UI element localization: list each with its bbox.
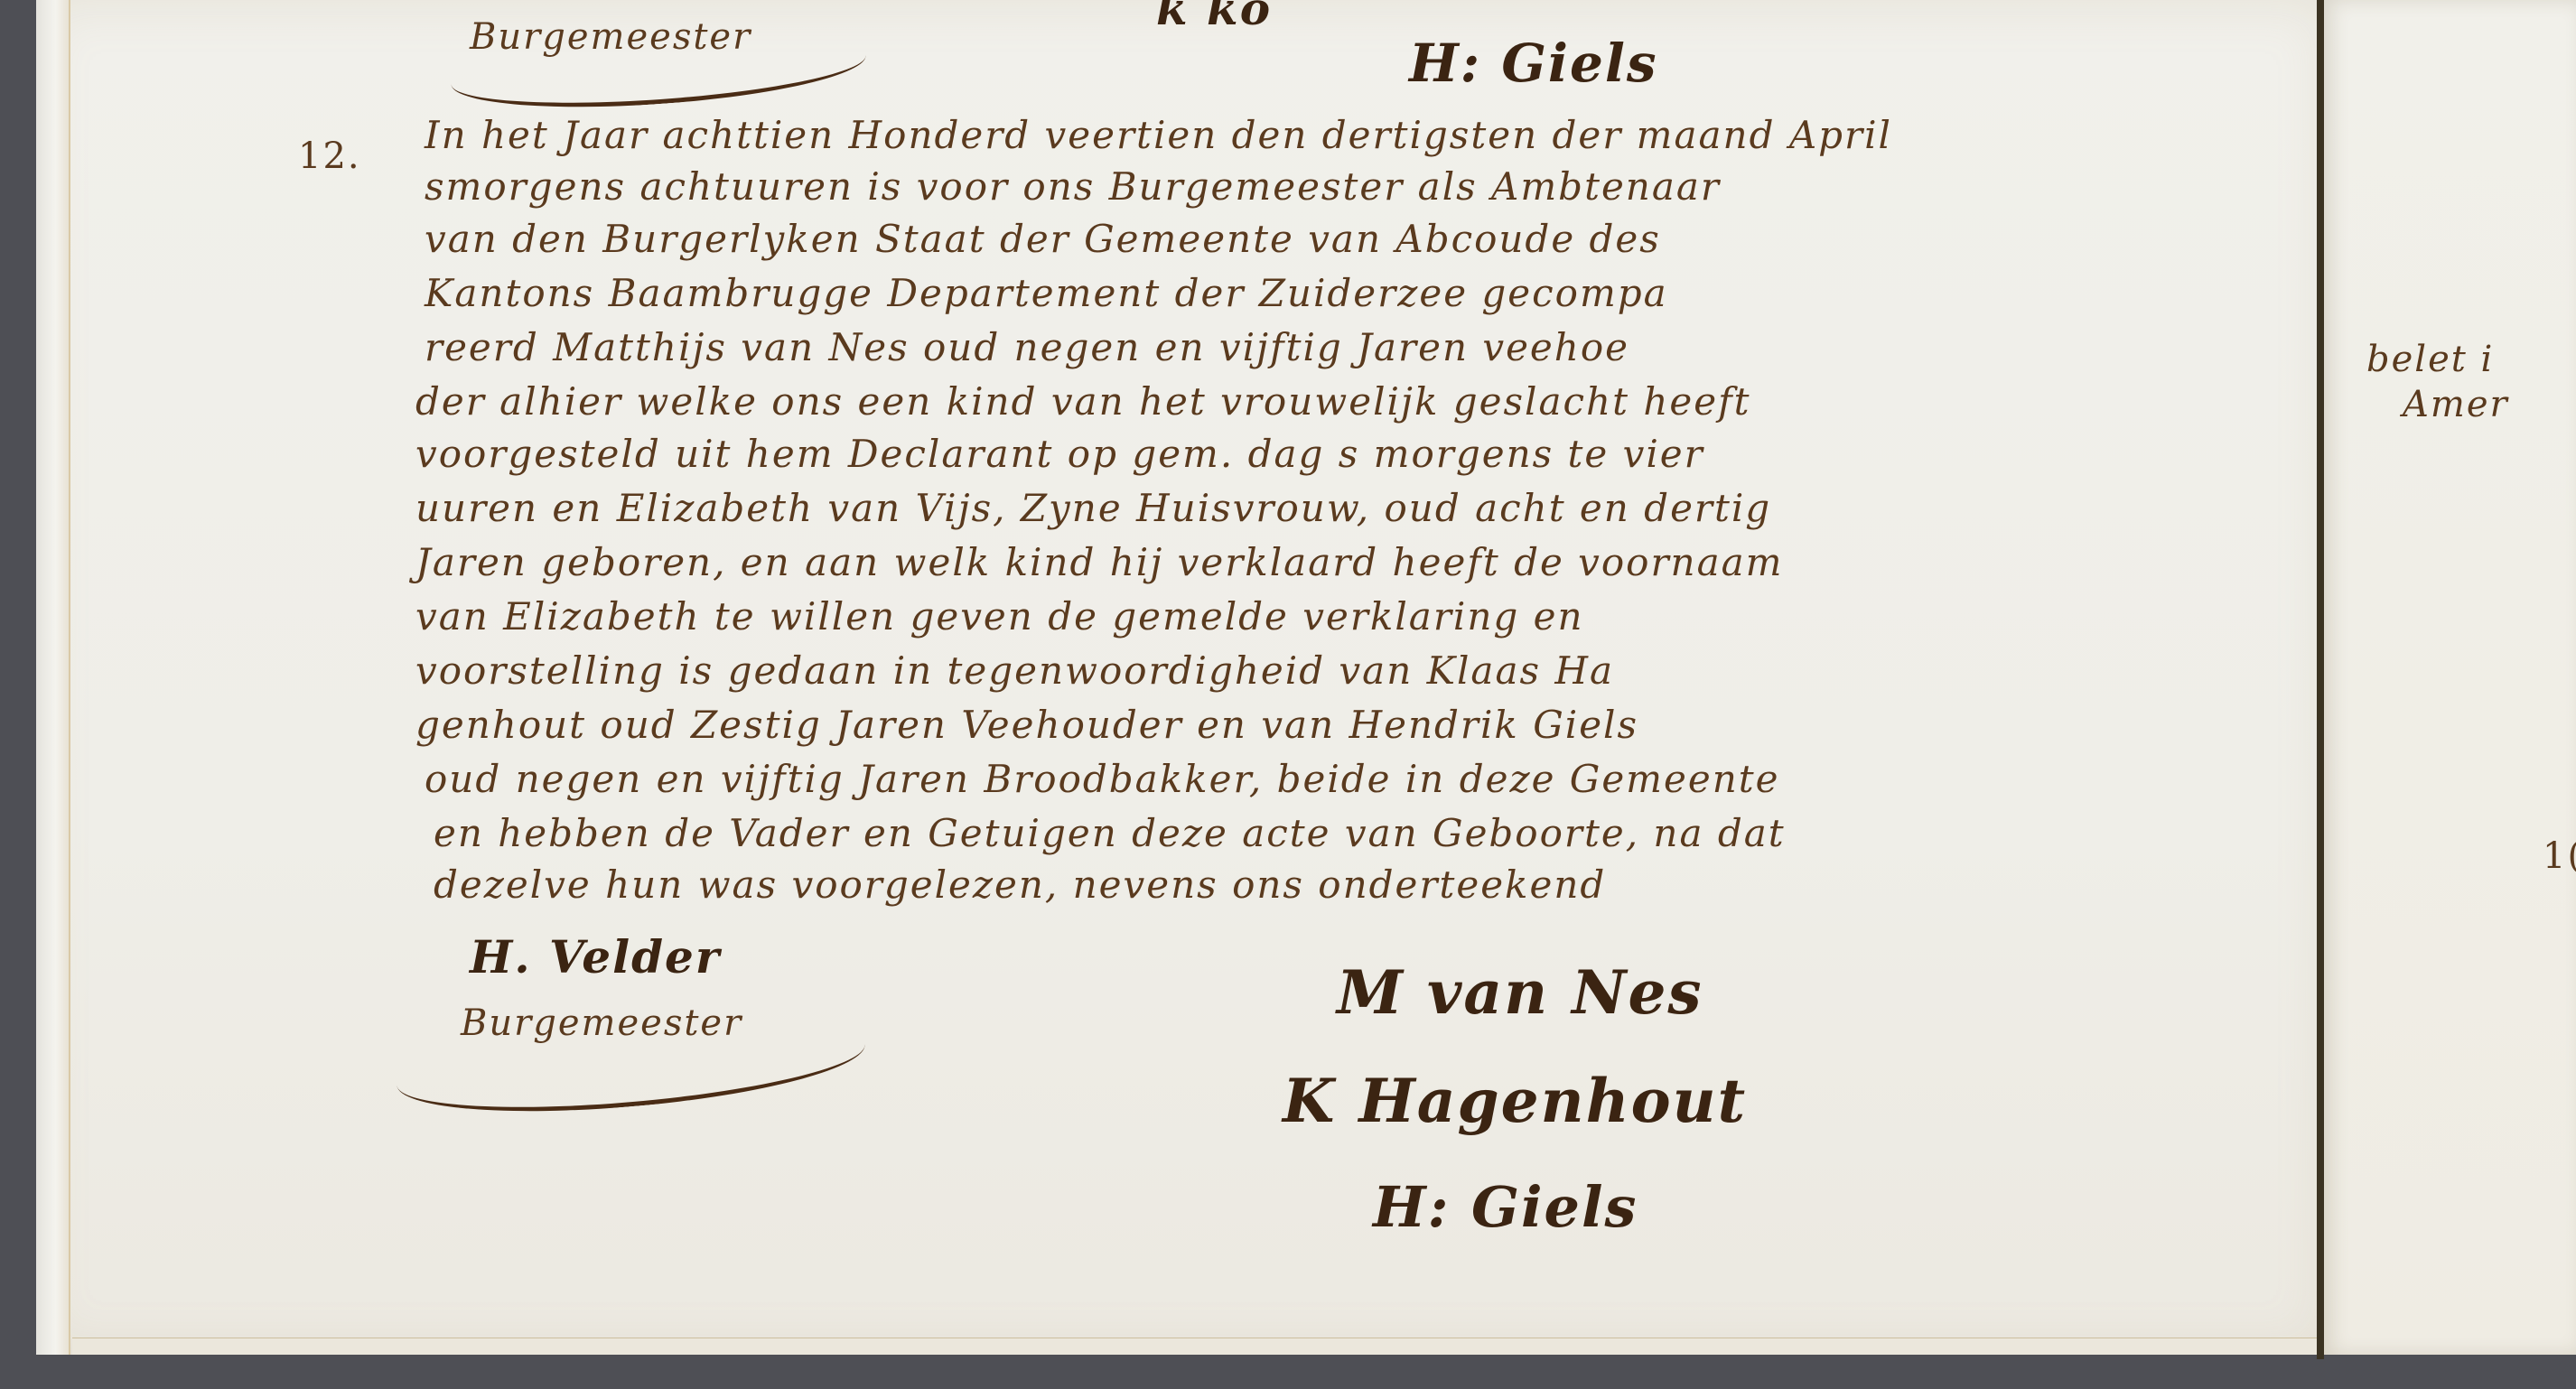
body-line: dezelve hun was voorgelezen, nevens ons … bbox=[434, 862, 1606, 907]
signature-giels: H: Giels bbox=[1373, 1174, 1638, 1240]
body-line: van Elizabeth te willen geven de gemelde… bbox=[415, 594, 1584, 639]
right-page bbox=[2324, 0, 2576, 1355]
body-line: oud negen en vijftig Jaren Broodbakker, … bbox=[425, 757, 1780, 801]
body-line: Jaren geboren, en aan welk kind hij verk… bbox=[415, 540, 1784, 584]
page-bottom-edge bbox=[72, 1338, 2330, 1355]
body-line: reerd Matthijs van Nes oud negen en vijf… bbox=[425, 325, 1629, 369]
book-gutter bbox=[2317, 0, 2324, 1359]
top-official-title: Burgemeester bbox=[470, 16, 751, 58]
right-page-number-fragment: 1( bbox=[2543, 835, 2576, 877]
official-title: Burgemeester bbox=[461, 1002, 742, 1044]
margin-note-line2: Amer bbox=[2403, 384, 2509, 425]
entry-number: 12. bbox=[298, 135, 361, 177]
body-line: der alhier welke ons een kind van het vr… bbox=[415, 379, 1751, 424]
margin-note-line1: belet i bbox=[2366, 339, 2494, 380]
body-line: uuren en Elizabeth van Vijs, Zyne Huisvr… bbox=[415, 486, 1771, 530]
signature-van-nes: M van Nes bbox=[1337, 957, 1703, 1028]
body-line: voorgesteld uit hem Declarant op gem. da… bbox=[415, 432, 1704, 476]
body-line: Kantons Baambrugge Departement der Zuide… bbox=[425, 271, 1668, 315]
body-line: van den Burgerlyken Staat der Gemeente v… bbox=[425, 217, 1661, 261]
top-signature-giels: H: Giels bbox=[1409, 33, 1658, 94]
body-line: voorstelling is gedaan in tegenwoordighe… bbox=[415, 648, 1614, 693]
page-edge bbox=[36, 0, 70, 1355]
body-line: smorgens achtuuren is voor ons Burgemees… bbox=[425, 164, 1721, 209]
body-line: genhout oud Zestig Jaren Veehouder en va… bbox=[415, 703, 1638, 747]
body-line: In het Jaar achttien Honderd veertien de… bbox=[425, 113, 1892, 157]
official-signature: H. Velder bbox=[470, 930, 721, 983]
signature-hagenhout: K Hagenhout bbox=[1283, 1066, 1747, 1136]
body-line: en hebben de Vader en Getuigen deze acte… bbox=[434, 811, 1786, 855]
top-partial-signature: k ko bbox=[1156, 0, 1272, 35]
